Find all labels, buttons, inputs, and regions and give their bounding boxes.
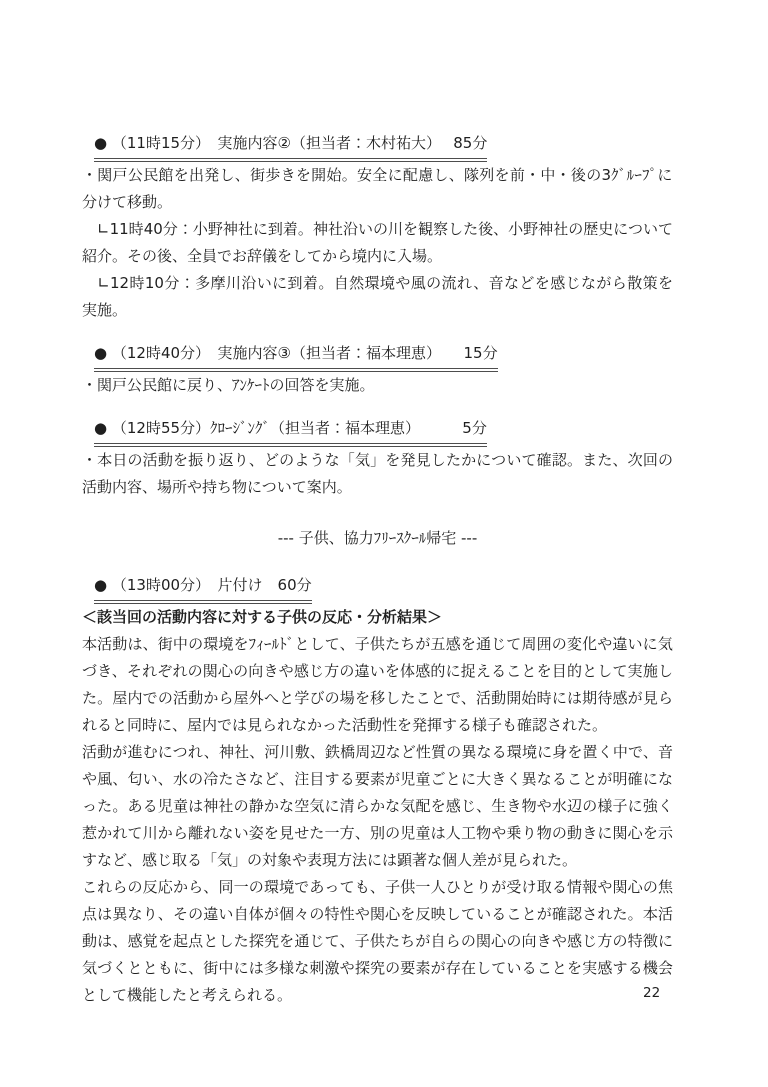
- schedule-heading-1300-text: ● （13時00分） 片付け 60分: [94, 572, 312, 604]
- analysis-paragraph-3: これらの反応から、同一の環境であっても、子供一人ひとりが受け取る情報や関心の焦点…: [82, 874, 673, 1009]
- schedule-body-1240: ・関戸公民館に戻り、ｱﾝｹｰﾄの回答を実施。: [82, 372, 673, 399]
- analysis-paragraph-2: 活動が進むにつれ、神社、河川敷、鉄橋周辺など性質の異なる環境に身を置く中で、音や…: [82, 739, 673, 874]
- page-number: 22: [643, 984, 660, 1002]
- analysis-paragraph-1: 本活動は、街中の環境をﾌｨｰﾙﾄﾞとして、子供たちが五感を通じて周囲の変化や違い…: [82, 631, 673, 739]
- schedule-heading-1255: ● （12時55分）ｸﾛｰｼﾞﾝｸﾞ（担当者：福本理恵） 5分: [82, 415, 673, 447]
- schedule-heading-1240-text: ● （12時40分） 実施内容③（担当者：福本理恵） 15分: [94, 340, 498, 372]
- schedule-heading-1300: ● （13時00分） 片付け 60分: [82, 572, 673, 604]
- schedule-heading-1115: ● （11時15分） 実施内容②（担当者：木村祐大） 85分: [82, 130, 673, 162]
- schedule-heading-1255-text: ● （12時55分）ｸﾛｰｼﾞﾝｸﾞ（担当者：福本理恵） 5分: [94, 415, 487, 447]
- document-page: ● （11時15分） 実施内容②（担当者：木村祐大） 85分 ・関戸公民館を出発…: [0, 0, 768, 1087]
- schedule-body-1255: ・本日の活動を振り返り、どのような「気」を発見したかについて確認。また、次回の活…: [82, 447, 673, 501]
- analysis-section-title: ＜該当回の活動内容に対する子供の反応・分析結果＞: [82, 604, 673, 631]
- schedule-heading-1115-text: ● （11時15分） 実施内容②（担当者：木村祐大） 85分: [94, 130, 487, 162]
- schedule-body-1115: ・関戸公民館を出発し、街歩きを開始。安全に配慮し、隊列を前・中・後の3ｸﾞﾙｰﾌ…: [82, 162, 673, 324]
- document-content: ● （11時15分） 実施内容②（担当者：木村祐大） 85分 ・関戸公民館を出発…: [82, 130, 673, 1009]
- schedule-heading-1240: ● （12時40分） 実施内容③（担当者：福本理恵） 15分: [82, 340, 673, 372]
- transition-note: --- 子供、協力ﾌﾘｰｽｸｰﾙ帰宅 ---: [82, 525, 673, 552]
